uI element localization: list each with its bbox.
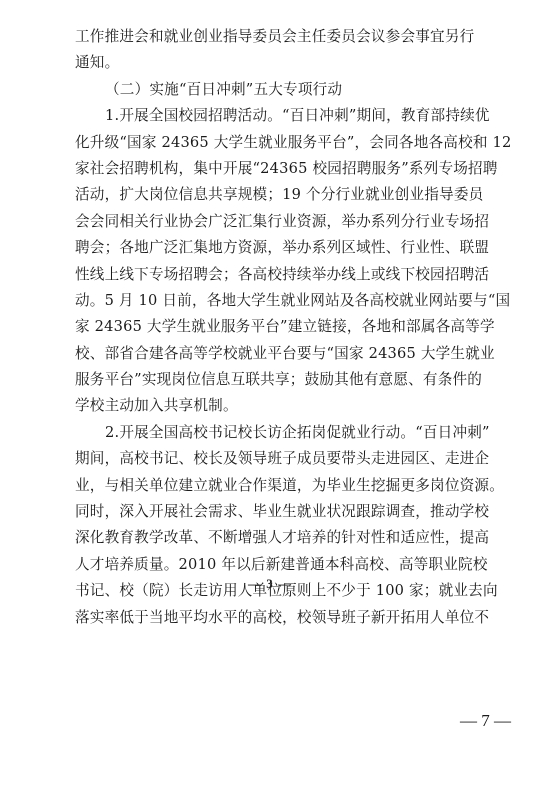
document-body: 工作推进会和就业创业指导委员会主任委员会议参会事宜另行 通知。 （二）实施“百日… [75, 24, 455, 631]
paragraph-start: 2.开展全国高校书记校长访企拓岗促就业行动。“百日冲刺” [75, 420, 455, 446]
text-line: 会会同相关行业协会广泛汇集行业资源，举办系列分行业专场招 [75, 209, 455, 235]
text-line: 活动，扩大岗位信息共享规模；19 个分行业就业创业指导委员 [75, 182, 455, 208]
outer-page-number: — 7 — [460, 711, 530, 731]
paragraph-start: 1.开展全国校园招聘活动。“百日冲刺”期间，教育部持续优 [75, 103, 455, 129]
section-heading: （二）实施“百日冲刺”五大专项行动 [75, 77, 455, 103]
text-line: 校、部省合建各高等学校就业平台要与“国家 24365 大学生就业 [75, 341, 455, 367]
text-line: 性线上线下专场招聘会；各高校持续举办线上或线下校园招聘活 [75, 262, 455, 288]
text-line: 人才培养质量。2010 年以后新建普通本科高校、高等职业院校 [75, 552, 455, 578]
text-line: 家社会招聘机构，集中开展“24365 校园招聘服务”系列专场招聘 [75, 156, 455, 182]
text-line: 业，与相关单位建立就业合作渠道，为毕业生挖掘更多岗位资源。 [75, 473, 455, 499]
text-line: 期间，高校书记、校长及领导班子成员要带头走进园区、走进企 [75, 446, 455, 472]
text-line: 服务平台”实现岗位信息互联共享；鼓励其他有意愿、有条件的 [75, 367, 455, 393]
text-line: 落实率低于当地平均水平的高校，校领导班子新开拓用人单位不 [75, 605, 455, 631]
text-line: 聘会；各地广泛汇集地方资源，举办系列区域性、行业性、联盟 [75, 235, 455, 261]
text-line: 工作推进会和就业创业指导委员会主任委员会议参会事宜另行 [75, 24, 455, 50]
document-page: 工作推进会和就业创业指导委员会主任委员会议参会事宜另行 通知。 （二）实施“百日… [0, 0, 540, 800]
text-line: 通知。 [75, 50, 455, 76]
inner-page-number: — 3 — [0, 576, 540, 592]
text-line: 家 24365 大学生就业服务平台”建立链接，各地和部属各高等学 [75, 314, 455, 340]
text-line: 化升级“国家 24365 大学生就业服务平台”，会同各地各高校和 12 [75, 130, 455, 156]
text-line: 学校主动加入共享机制。 [75, 393, 455, 419]
text-line: 同时，深入开展社会需求、毕业生就业状况跟踪调查，推动学校 [75, 499, 455, 525]
text-line: 动。5 月 10 日前，各地大学生就业网站及各高校就业网站要与“国 [75, 288, 455, 314]
text-line: 深化教育教学改革、不断增强人才培养的针对性和适应性，提高 [75, 525, 455, 551]
